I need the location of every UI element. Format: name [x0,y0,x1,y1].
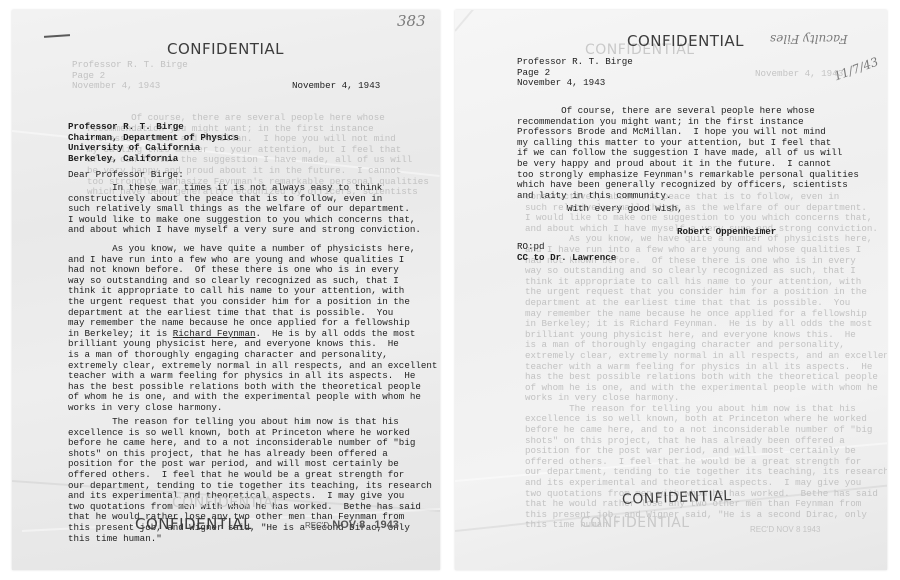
pencil-mark [44,34,70,38]
typist-initials: RO:pd [517,242,545,253]
letter-page-1: 383 CONFIDENTIAL Professor R. T. Birge P… [12,10,440,570]
paragraph-2: As you know, we have quite a number of p… [68,244,437,414]
complimentary-close: With every good wish, [567,204,683,215]
paper-crease [455,10,533,32]
show-through-header: Professor R. T. Birge Page 2 November 4,… [72,60,188,92]
letter-page-2: CONFIDENTIAL CONFIDENTIAL Faculty Files … [455,10,887,570]
show-through-date: November 4, 1943 [755,69,843,80]
carbon-copy-line: CC to Dr. Lawrence [517,253,616,264]
recipient-address: Professor R. T. Birge Chairman, Departme… [68,122,239,164]
received-stamp-ghost: REC'D NOV 8 1943 [750,525,820,536]
confidential-stamp-ghost: CONFIDENTIAL [172,495,282,511]
confidential-stamp-top: CONFIDENTIAL [167,40,284,58]
confidential-stamp-top: CONFIDENTIAL [627,32,744,50]
handwritten-note: Faculty Files [770,32,848,46]
confidential-stamp-ghost: CONFIDENTIAL [580,515,690,531]
paragraph-closing: Of course, there are several people here… [517,106,859,201]
salutation: Dear Professor Birge: [68,170,184,181]
handwritten-page-number: 383 [397,12,426,30]
underlined-name: Richard Feynman [173,328,256,339]
received-date-stamp: REC'D NOV 8 1943 [305,519,399,531]
signature-name: Robert Oppenheimer [677,227,776,238]
show-through-text: constructively about the peace that is t… [525,192,887,531]
paragraph-1: In these war times it is not always easy… [68,183,421,236]
confidential-stamp-bottom: CONFIDENTIAL [135,515,252,533]
letter-date: November 4, 1943 [292,81,380,92]
page-header: Professor R. T. Birge Page 2 November 4,… [517,57,633,89]
